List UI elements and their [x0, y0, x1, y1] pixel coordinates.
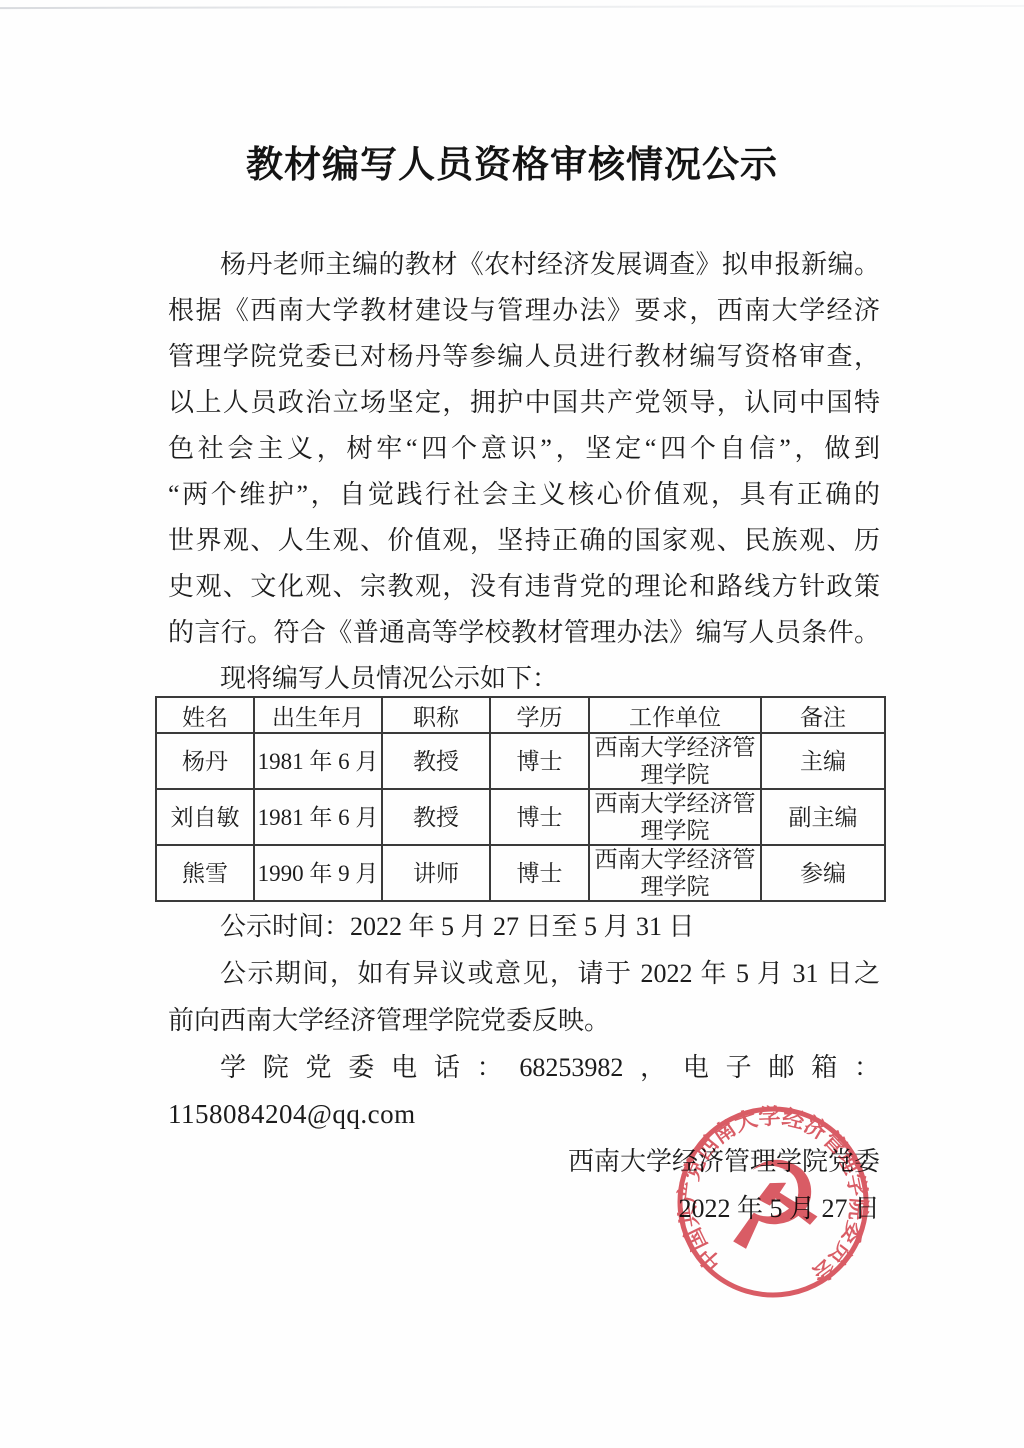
table-header-cell: 学历 [490, 697, 589, 733]
table-cell: 杨丹 [156, 733, 254, 789]
feedback-line: 前向西南大学经济管理学院党委反映。 [168, 997, 880, 1044]
table-cell: 博士 [490, 733, 589, 789]
table-head: 姓名出生年月职称学历工作单位备注 [156, 697, 885, 733]
paragraph-line: 以上人员政治立场坚定，拥护中国共产党领导，认同中国特 [168, 380, 880, 426]
contact-line: 学院党委电话：68253982，电子邮箱： [168, 1044, 880, 1091]
table-cell: 西南大学经济管理学院 [589, 845, 761, 901]
table-cell: 1981 年 6 月 [254, 789, 382, 845]
paragraph-line: 杨丹老师主编的教材《农村经济发展调查》拟申报新编。 [168, 242, 880, 288]
table-cell: 副主编 [761, 789, 885, 845]
table-header-cell: 出生年月 [254, 697, 382, 733]
table-cell: 主编 [761, 733, 885, 789]
table-header-cell: 备注 [761, 697, 885, 733]
table-cell: 1981 年 6 月 [254, 733, 382, 789]
feedback-line: 公示期间，如有异议或意见，请于 2022 年 5 月 31 日之 [168, 950, 880, 997]
table-header-cell: 职称 [382, 697, 490, 733]
paragraph-line: 根据《西南大学教材建设与管理办法》要求，西南大学经济 [168, 288, 880, 334]
paragraph-line: 世界观、人生观、价值观，坚持正确的国家观、民族观、历 [168, 518, 880, 564]
table-cell: 博士 [490, 845, 589, 901]
table-cell: 熊雪 [156, 845, 254, 901]
paragraph-line: 管理学院党委已对杨丹等参编人员进行教材编写资格审查， [168, 334, 880, 380]
table-row: 杨丹1981 年 6 月教授博士西南大学经济管理学院主编 [156, 733, 885, 789]
notice-time-line: 公示时间：2022 年 5 月 27 日至 5 月 31 日 [168, 903, 880, 950]
table-header-row: 姓名出生年月职称学历工作单位备注 [156, 697, 885, 733]
personnel-table-wrapper: 姓名出生年月职称学历工作单位备注 杨丹1981 年 6 月教授博士西南大学经济管… [155, 696, 884, 902]
table-cell: 西南大学经济管理学院 [589, 789, 761, 845]
table-cell: 参编 [761, 845, 885, 901]
table-row: 刘自敏1981 年 6 月教授博士西南大学经济管理学院副主编 [156, 789, 885, 845]
table-header-cell: 工作单位 [589, 697, 761, 733]
personnel-table: 姓名出生年月职称学历工作单位备注 杨丹1981 年 6 月教授博士西南大学经济管… [155, 696, 886, 902]
paragraph-line: 史观、文化观、宗教观，没有违背党的理论和路线方针政策 [168, 564, 880, 610]
scanned-document-page: 教材编写人员资格审核情况公示 杨丹老师主编的教材《农村经济发展调查》拟申报新编。… [0, 0, 1024, 1448]
scan-line-artifact [0, 5, 1024, 9]
table-row: 熊雪1990 年 9 月讲师博士西南大学经济管理学院参编 [156, 845, 885, 901]
paragraph-line: “两个维护”，自觉践行社会主义核心价值观，具有正确的 [168, 472, 880, 518]
paragraph-line: 的言行。符合《普通高等学校教材管理办法》编写人员条件。 [168, 610, 880, 656]
table-cell: 教授 [382, 789, 490, 845]
table-cell: 1990 年 9 月 [254, 845, 382, 901]
paragraph-line: 色社会主义，树牢“四个意识”，坚定“四个自信”，做到 [168, 426, 880, 472]
party-seal-stamp: 中国共产党西南大学经济管理学院委员会 ☭ [665, 1094, 882, 1311]
main-paragraph: 杨丹老师主编的教材《农村经济发展调查》拟申报新编。根据《西南大学教材建设与管理办… [168, 242, 880, 702]
table-cell: 博士 [490, 789, 589, 845]
table-cell: 教授 [382, 733, 490, 789]
table-cell: 讲师 [382, 845, 490, 901]
document-title: 教材编写人员资格审核情况公示 [0, 134, 1024, 188]
table-body: 杨丹1981 年 6 月教授博士西南大学经济管理学院主编刘自敏1981 年 6 … [156, 733, 885, 901]
table-cell: 西南大学经济管理学院 [589, 733, 761, 789]
hammer-sickle-icon: ☭ [715, 1132, 832, 1279]
table-cell: 刘自敏 [156, 789, 254, 845]
table-header-cell: 姓名 [156, 697, 254, 733]
